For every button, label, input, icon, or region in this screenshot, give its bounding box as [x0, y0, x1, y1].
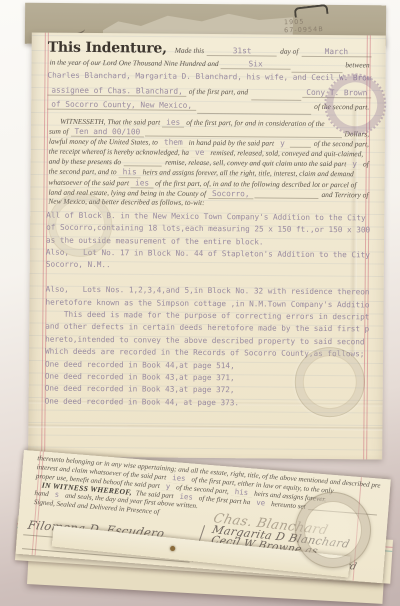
text-segment: and other defects in certain deeds heret…: [45, 323, 369, 334]
text-segment: hereto,intended to convey the above desc…: [45, 335, 369, 346]
document-photo: 1905 67-0954B This Indenture,Made this31…: [0, 0, 400, 606]
text-segment: Made this: [175, 46, 204, 55]
text-segment: in the year of our Lord One Thousand Nin…: [50, 59, 219, 69]
text-segment: 31st: [207, 46, 277, 57]
text-segment: One deed recorded in Book 43,at page 372…: [45, 385, 235, 394]
embossed-seal-3: [295, 492, 371, 568]
text-segment: sum of: [49, 128, 69, 137]
text-segment: Also, Lots Nos. 1,2,3,4,and 5,in Block N…: [46, 286, 370, 297]
text-segment: his: [119, 168, 141, 179]
staple-icon: [294, 4, 329, 18]
text-segment: [124, 164, 162, 167]
text-segment: of the first part, for and in considerat…: [186, 119, 324, 129]
text-segment: y: [348, 160, 361, 170]
fold-crease: [28, 424, 382, 430]
text-segment: of the first part, and: [189, 88, 248, 97]
text-segment: [197, 111, 311, 115]
main-page: This Indenture,Made this31stday ofMarchi…: [28, 32, 386, 459]
text-segment: March: [301, 47, 371, 58]
pencil-note: 1905 67-0954B: [284, 17, 324, 34]
text-segment: day of: [280, 47, 298, 56]
text-segment: ies: [162, 118, 184, 129]
text-segment: ies: [131, 178, 153, 189]
text-segment: [290, 145, 311, 148]
text-line: of Socorro County, New Mexico,of the sec…: [47, 100, 371, 117]
text-segment: of the second part,: [314, 140, 369, 149]
form-header: This Indenture,Made this31stday ofMarchi…: [47, 41, 372, 117]
text-segment: of: [363, 161, 369, 170]
text-segment: between: [345, 61, 369, 70]
embossed-seal-1: [48, 193, 113, 258]
pencil-note-line2: 67-0954B: [284, 25, 324, 34]
text-segment: This deed is made for the purpose of cor…: [45, 311, 369, 322]
text-segment: whatsoever of the said part: [49, 178, 130, 188]
text-segment: them: [160, 138, 187, 149]
text-segment: Six: [221, 59, 291, 70]
text-segment: of Socorro County, New Mexico,: [47, 100, 196, 112]
text-segment: One deed recorded in Book 44, at page 37…: [45, 397, 239, 406]
text-segment: One deed recorded in Book 44,at page 514…: [45, 360, 235, 369]
text-segment: Charles Blanchard, Margarita D. Blanchar…: [47, 72, 371, 83]
text-segment: in hand paid by the said part: [189, 139, 274, 149]
text-segment: assignee of Chas. Blanchard,: [47, 86, 187, 98]
text-segment: Socorro, N.M..: [46, 261, 111, 269]
text-segment: y: [276, 139, 289, 149]
brad-hole: [170, 546, 175, 551]
text-segment: the second part, and to: [49, 168, 117, 177]
text-segment: Socorro,: [208, 189, 254, 200]
text-segment: [251, 97, 301, 100]
text-segment: One deed recorded in Book 43,at page 371…: [45, 373, 235, 382]
text-segment: heretofore known as the Simpson cottage …: [45, 298, 369, 309]
text-segment: [255, 195, 319, 199]
text-segment: ve: [191, 148, 208, 158]
text-segment: and by these presents do: [49, 158, 121, 168]
embossed-seal-2: [295, 347, 366, 418]
text-segment: and Territory of: [321, 191, 368, 200]
text-segment: This Indenture,: [48, 41, 167, 56]
text-segment: [292, 70, 343, 73]
